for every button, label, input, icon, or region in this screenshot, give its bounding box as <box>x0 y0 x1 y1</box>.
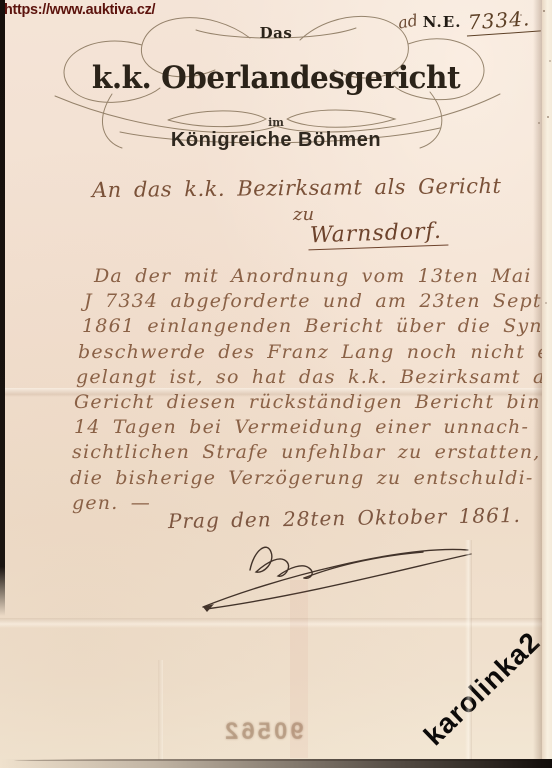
body-line: 14 Tagen bei Vermeidung einer unnach- <box>74 415 550 440</box>
body-line: die bisherige Verzögerung zu entschuldi- <box>70 466 550 491</box>
body-line: gelangt ist, so hat das k.k. Bezirksamt … <box>76 365 550 390</box>
body-line: Da der mit Anordnung vom 13ten Mai 1861 <box>94 264 550 289</box>
letterhead-im: im <box>0 116 552 129</box>
letterhead-das: Das <box>0 24 552 42</box>
fold-crease-horizontal-1 <box>5 388 542 397</box>
source-url: https://www.auktiva.cz/ <box>4 1 155 18</box>
letterhead-court-title: k.k. Oberlandesgericht <box>14 60 538 96</box>
watermark: karolinka2 <box>418 626 547 752</box>
signature <box>180 528 490 623</box>
scan-background-right <box>542 0 552 768</box>
paper-edge-shadow-right <box>533 0 542 768</box>
body-line: beschwerde des Franz Lang noch nicht ein… <box>78 340 550 365</box>
address-line-2: zu <box>293 204 314 225</box>
scan-edge-left <box>0 0 5 616</box>
address-line-3: Warnsdorf. <box>308 219 449 251</box>
address-line-1: An das k.k. Bezirksamt als Gericht <box>92 174 502 202</box>
body-line: J 7334 abgeforderte und am 23ten Septemb… <box>84 289 550 314</box>
fold-crease-vertical-2 <box>158 660 163 760</box>
body-line: sichtlichen Strafe unfehlbar zu erstatte… <box>72 440 550 465</box>
scan-edge-bottom <box>0 759 552 768</box>
fold-crease-horizontal-2 <box>0 618 542 628</box>
fold-crease-vertical-1 <box>465 540 472 760</box>
body-line: 1861 einlangenden Bericht über die Syndi… <box>82 314 550 339</box>
ink-stain-band <box>290 580 308 758</box>
paper-specks <box>0 0 2 2</box>
letterhead-kingdom: Königreiche Böhmen <box>0 129 552 152</box>
scanned-letter-page: https://www.auktiva.cz/ ad N.E. 7334. Da… <box>0 0 552 768</box>
